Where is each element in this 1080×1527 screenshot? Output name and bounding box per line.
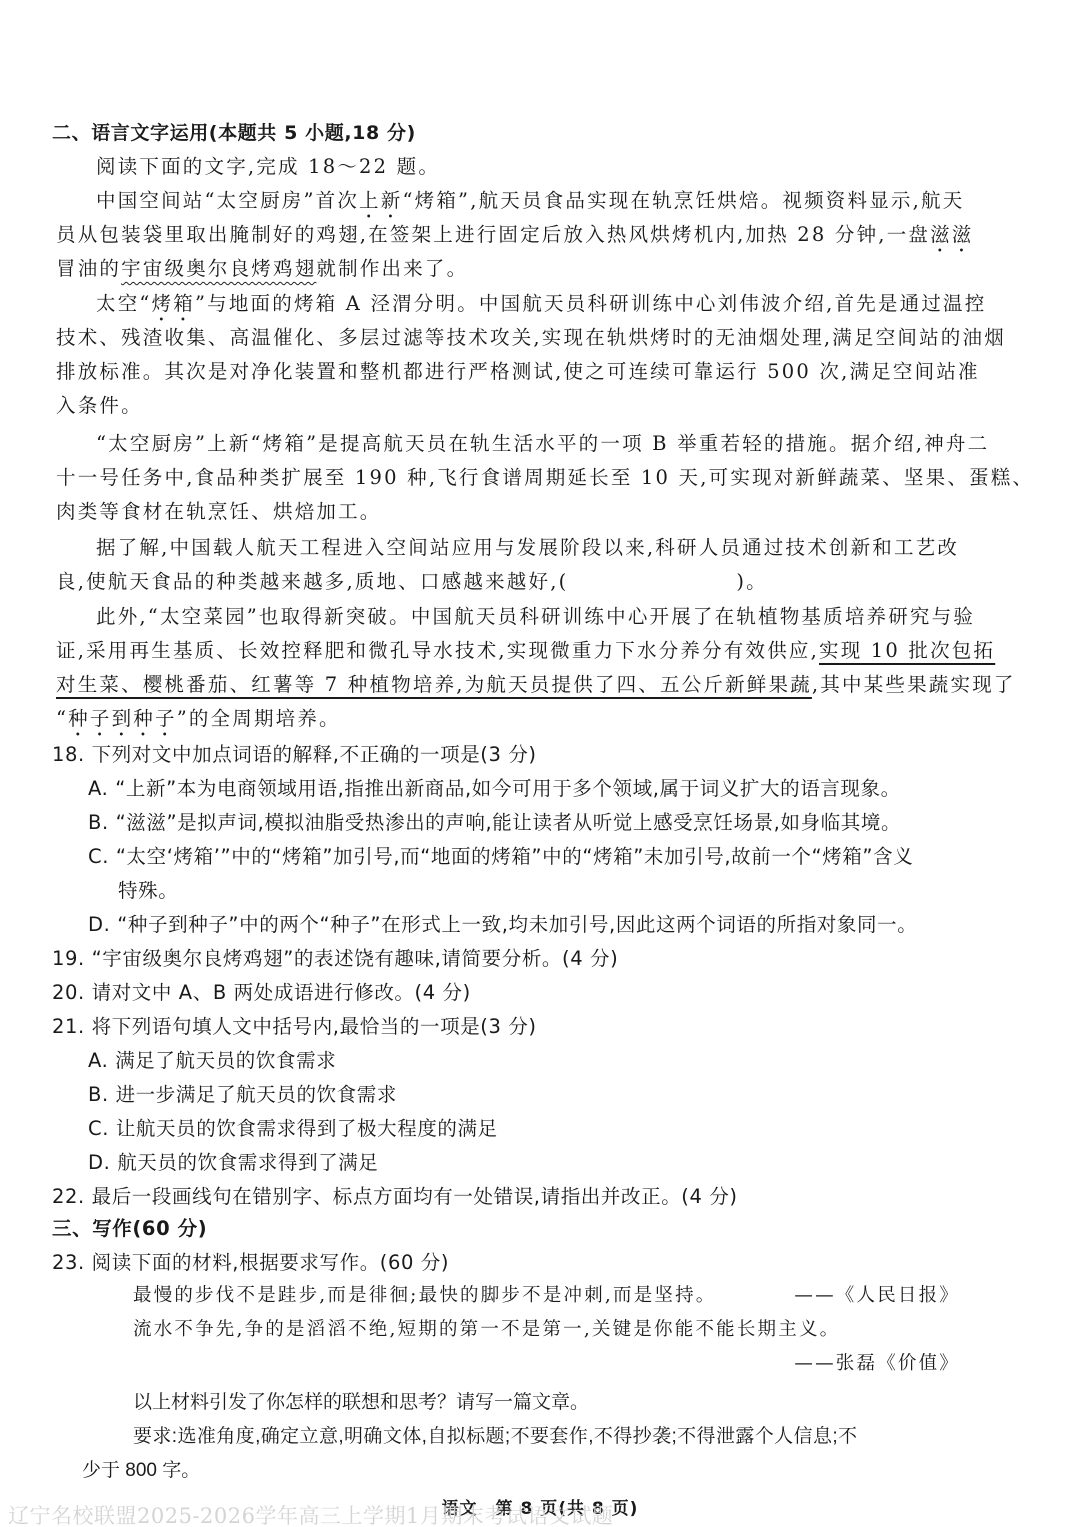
question-18-option-c: C. “太空‘烤箱’”中的“烤箱”加引号,而“地面的烤箱”中的“烤箱”未加引号,… bbox=[88, 840, 988, 874]
question-21-option-a: A. 满足了航天员的饮食需求 bbox=[88, 1044, 988, 1078]
question-20: 20. 请对文中 A、B 两处成语进行修改。(4 分) bbox=[52, 976, 952, 1010]
passage-p5-line2: 证,采用再生基质、长效控释肥和微孔导水技术,实现微重力下水分养分有效供应,实现 … bbox=[56, 634, 956, 668]
writing-requirements-line1: 要求:选准角度,确定立意,明确文体,自拟标题;不要套作,不得抄袭;不得泄露个人信… bbox=[133, 1420, 1033, 1454]
question-18-stem: 18. 下列对文中加点词语的解释,不正确的一项是(3 分) bbox=[52, 738, 952, 772]
passage-p3-line1: “太空厨房”上新“烤箱”是提高航天员在轨生活水平的一项 B 举重若轻的措施。据介… bbox=[96, 427, 996, 461]
question-23: 23. 阅读下面的材料,根据要求写作。(60 分) bbox=[52, 1246, 952, 1280]
question-18-option-a: A. “上新”本为电商领域用语,指推出新商品,如今可用于多个领域,属于词义扩大的… bbox=[88, 772, 988, 806]
passage-p5-line1: 此外,“太空菜园”也取得新突破。中国航天员科研训练中心开展了在轨植物基质培养研究… bbox=[96, 600, 996, 634]
exam-page: 二、语言文字运用(本题共 5 小题,18 分) 阅读下面的文字,完成 18～22… bbox=[0, 0, 1080, 1527]
section-heading-writing: 三、写作(60 分) bbox=[52, 1212, 952, 1246]
question-21-stem: 21. 将下列语句填人文中括号内,最恰当的一项是(3 分) bbox=[52, 1010, 952, 1044]
watermark: 辽宁名校联盟2025-2026学年高三上学期1月期末考试语文试题 bbox=[8, 1500, 613, 1527]
passage-p2-line4: 入条件。 bbox=[56, 389, 956, 423]
writing-requirements-line2: 少于 800 字。 bbox=[82, 1454, 982, 1488]
dotted-word-kaoxiang: 烤箱 bbox=[152, 292, 195, 315]
passage-p2-line2: 技术、残渣收集、高温催化、多层过滤等技术攻关,实现在轨烘烤时的无油烟处理,满足空… bbox=[56, 321, 956, 355]
question-18-option-c-cont: 特殊。 bbox=[118, 874, 1018, 908]
dotted-word-shangxin: 上新 bbox=[359, 189, 402, 212]
material-quote-1-source: ——《人民日报》 bbox=[794, 1279, 960, 1313]
underlined-sentence-part2: 对生菜、樱桃番茄、红薯等 7 种植物培养,为航天员提供了四、五公斤新鲜果蔬 bbox=[56, 673, 812, 696]
question-21-option-b: B. 进一步满足了航天员的饮食需求 bbox=[88, 1078, 988, 1112]
passage-p1-line3: 冒油的宇宙级奥尔良烤鸡翅就制作出来了。 bbox=[56, 252, 956, 286]
question-21-option-d: D. 航天员的饮食需求得到了满足 bbox=[88, 1146, 988, 1180]
section-heading-language-use: 二、语言文字运用(本题共 5 小题,18 分) bbox=[52, 116, 952, 150]
question-18-option-d: D. “种子到种子”中的两个“种子”在形式上一致,均未加引号,因此这两个词语的所… bbox=[88, 908, 988, 942]
reading-instruction: 阅读下面的文字,完成 18～22 题。 bbox=[96, 150, 996, 184]
passage-p4-line2-with-blank: 良,使航天食品的种类越来越多,质地、口感越来越好,( )。 bbox=[56, 565, 956, 599]
wavy-underlined-phrase: 宇宙级奥尔良烤鸡翅 bbox=[121, 257, 316, 280]
question-22: 22. 最后一段画线句在错别字、标点方面均有一处错误,请指出并改正。(4 分) bbox=[52, 1180, 952, 1214]
dotted-word-seed-to-seed: 种子到种子 bbox=[68, 707, 177, 730]
passage-p3-line3: 肉类等食材在轨烹饪、烘焙加工。 bbox=[56, 495, 956, 529]
question-18-option-b: B. “滋滋”是拟声词,模拟油脂受热渗出的声响,能让读者从听觉上感受烹饪场景,如… bbox=[88, 806, 988, 840]
question-21-option-c: C. 让航天员的饮食需求得到了极大程度的满足 bbox=[88, 1112, 988, 1146]
dotted-word-zizi: 滋滋 bbox=[930, 223, 973, 246]
underlined-sentence-part1: 实现 10 批次包拓 bbox=[819, 639, 995, 662]
material-quote-2-source: ——张磊《价值》 bbox=[794, 1347, 960, 1381]
passage-p3-line2: 十一号任务中,食品种类扩展至 190 种,飞行食谱周期延长至 10 天,可实现对… bbox=[56, 461, 956, 495]
passage-p5-line4: “种子到种子”的全周期培养。 bbox=[56, 702, 956, 741]
material-quote-2: 流水不争先,争的是滔滔不绝,短期的第一不是第一,关键是你能不能长期主义。 bbox=[133, 1313, 1033, 1347]
passage-p2-line3: 排放标准。其次是对净化装置和整机都进行严格测试,使之可连续可靠运行 500 次,… bbox=[56, 355, 956, 389]
writing-prompt: 以上材料引发了你怎样的联想和思考？请写一篇文章。 bbox=[133, 1386, 1033, 1420]
passage-p4-line1: 据了解,中国载人航天工程进入空间站应用与发展阶段以来,科研人员通过技术创新和工艺… bbox=[96, 531, 996, 565]
question-19: 19. “宇宙级奥尔良烤鸡翅”的表述饶有趣味,请简要分析。(4 分) bbox=[52, 942, 952, 976]
passage-p5-line3: 对生菜、樱桃番茄、红薯等 7 种植物培养,为航天员提供了四、五公斤新鲜果蔬,其中… bbox=[56, 668, 956, 702]
